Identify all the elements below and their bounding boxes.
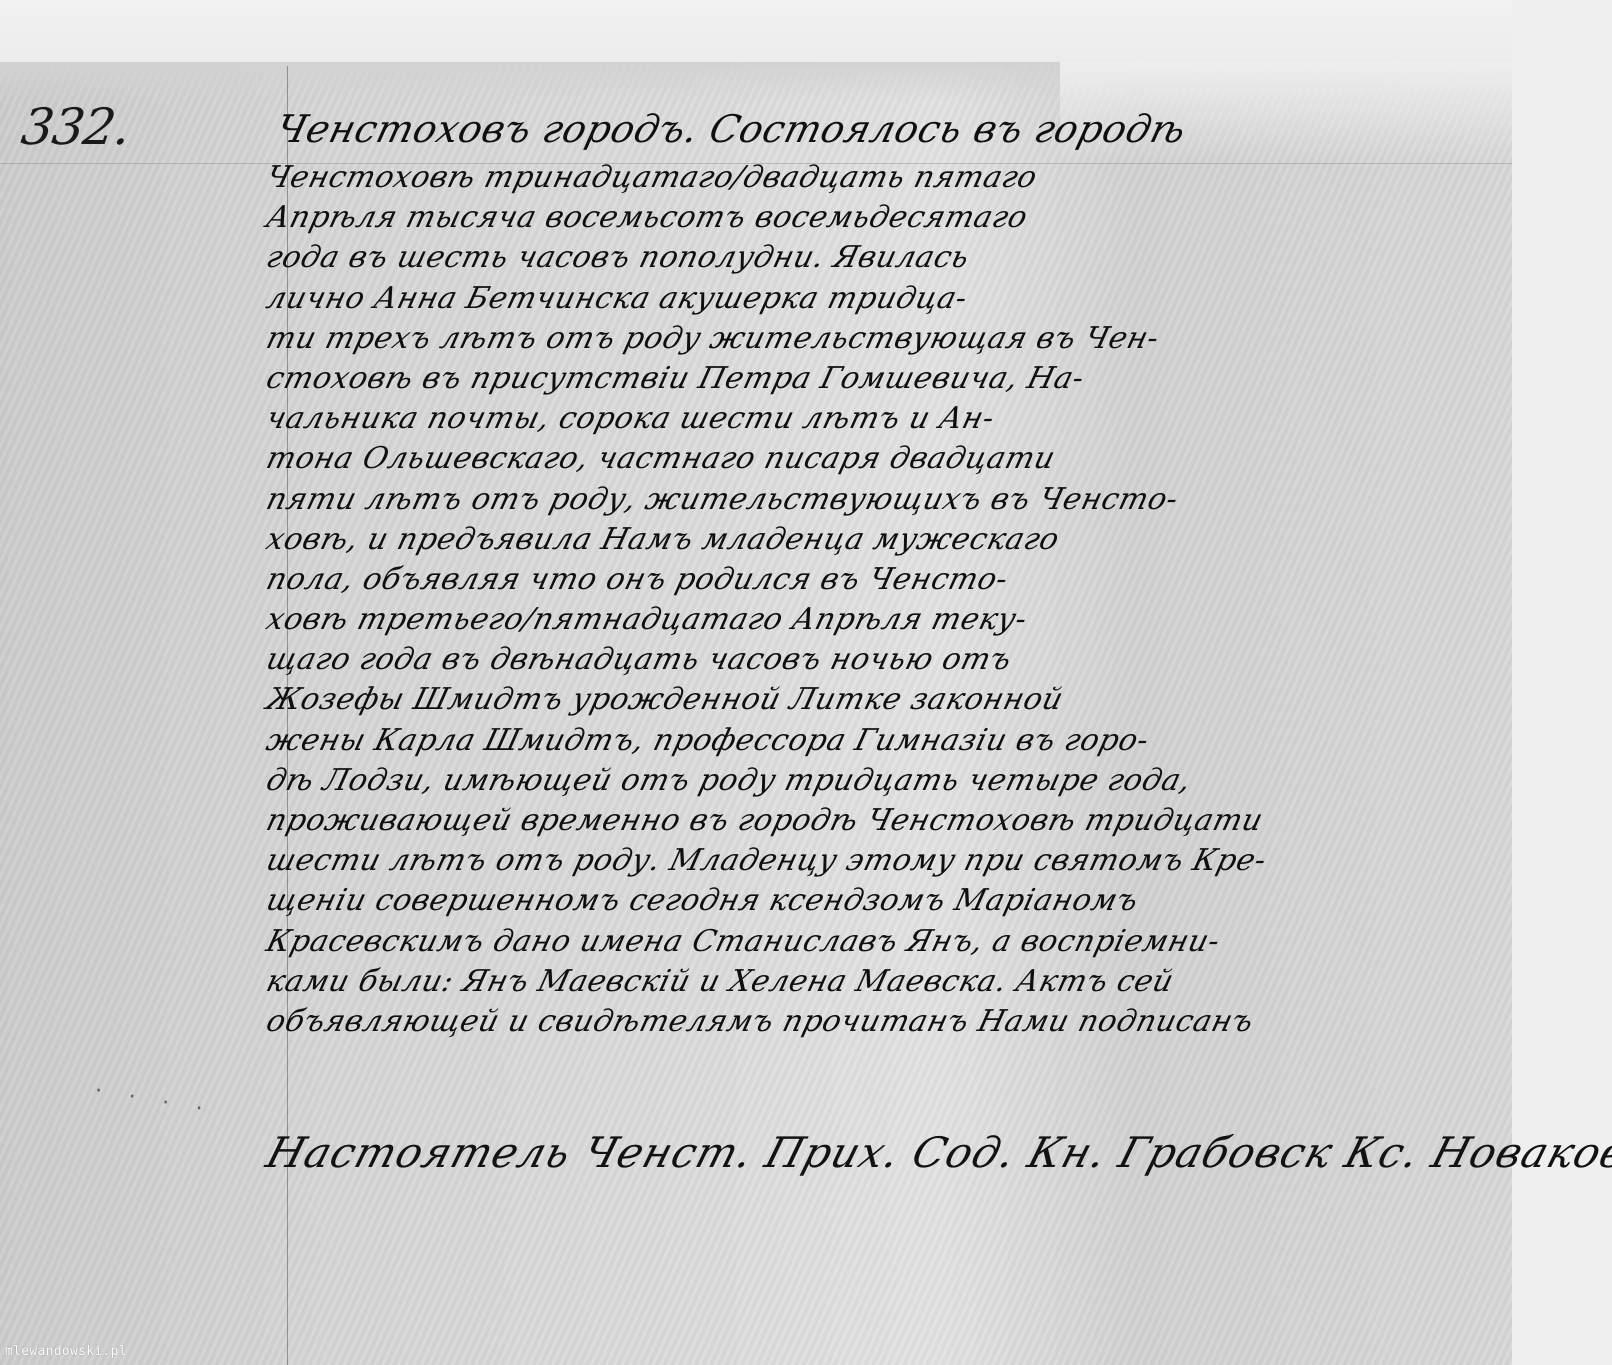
handwritten-line: ховѣ, и предъявила Намъ младенца мужеска… <box>262 520 1532 560</box>
scan-top-border <box>0 0 1612 64</box>
handwritten-line: лично Анна Бетчинска акушерка тридца- <box>262 279 1532 319</box>
handwritten-line: Жозефы Шмидтъ урожденной Литке законной <box>262 680 1532 720</box>
document-scan: 332. Ченстоховъ городъ. Состоялось въ го… <box>0 0 1612 1365</box>
handwritten-line: шести лѣтъ отъ роду. Младенцу этому при … <box>262 841 1532 881</box>
handwritten-line: Красевскимъ дано имена Станиславъ Янъ, а… <box>262 922 1532 962</box>
handwritten-line: тона Ольшевскаго, частнаго писаря двадца… <box>262 439 1532 479</box>
handwritten-line: чальника почты, сорока шести лѣтъ и Ан- <box>262 399 1532 439</box>
handwritten-line: Апрѣля тысяча восемьсотъ восемьдесятаго <box>262 198 1532 238</box>
handwritten-line: ховѣ третьего/пятнадцатаго Апрѣля теку- <box>262 600 1532 640</box>
record-number: 332. <box>18 98 133 156</box>
watermark: mlewandowski.pl <box>5 1344 127 1359</box>
signature: Настоятель Ченст. Прих. Сод. Кн. Грабовс… <box>261 1128 1612 1177</box>
handwritten-line: пяти лѣтъ отъ роду, жительствующихъ въ Ч… <box>262 480 1532 520</box>
handwritten-line: ти трехъ лѣтъ отъ роду жительствующая въ… <box>262 319 1532 359</box>
handwritten-line: стоховѣ въ присутствіи Петра Гомшевича, … <box>262 359 1532 399</box>
handwritten-line: ками были: Янъ Маевскій и Хелена Маевска… <box>262 962 1532 1002</box>
handwritten-line: Ченстоховъ городъ. Состоялось въ городѣ <box>262 100 1536 158</box>
handwritten-body: Ченстоховъ городъ. Состоялось въ городѣ … <box>262 100 1522 1042</box>
handwritten-line: щеніи совершенномъ сегодня ксендзомъ Мар… <box>262 881 1532 921</box>
handwritten-line: пола, объявляя что онъ родился въ Ченсто… <box>262 560 1532 600</box>
handwritten-line: дѣ Лодзи, имѣющей отъ роду тридцать четы… <box>262 761 1532 801</box>
handwritten-line: объявляющей и свидѣтелямъ прочитанъ Нами… <box>262 1002 1532 1042</box>
handwritten-line: проживающей временно въ городѣ Ченстохов… <box>262 801 1532 841</box>
handwritten-line: года въ шесть часовъ пополудни. Явилась <box>262 238 1532 278</box>
handwritten-line: Ченстоховѣ тринадцатаго/двадцать пятаго <box>262 158 1532 198</box>
handwritten-line: жены Карла Шмидтъ, профессора Гимназіи в… <box>262 721 1532 761</box>
handwritten-line: щаго года въ двѣнадцать часовъ ночью отъ <box>262 640 1532 680</box>
